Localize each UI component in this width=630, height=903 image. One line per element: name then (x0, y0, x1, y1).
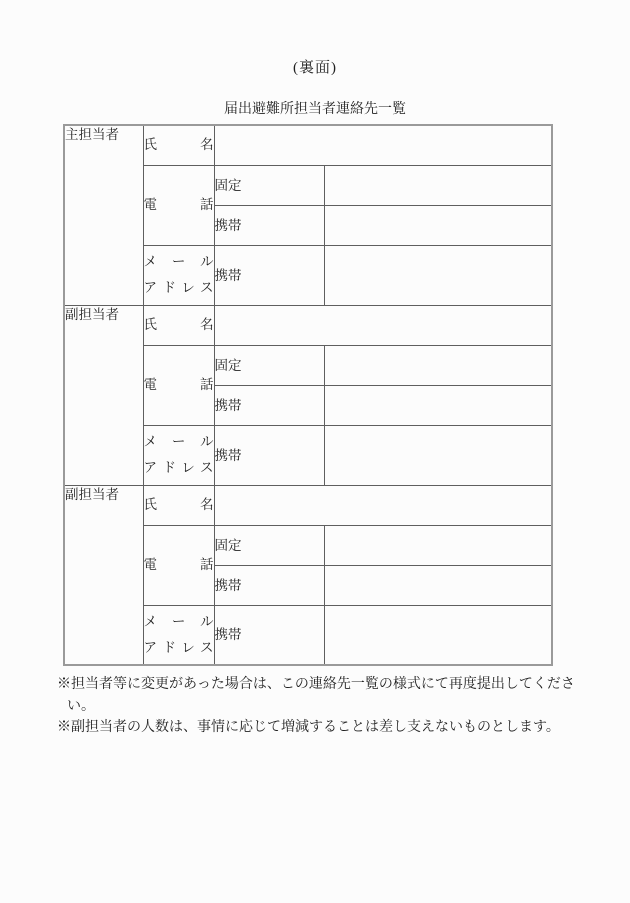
name-label-cell: 氏名 (143, 305, 214, 345)
mail-label-line1: メール (144, 429, 214, 455)
mail-mobile-label-cell: 携帯 (214, 605, 324, 665)
name-label: 氏名 (144, 316, 214, 334)
mobile-label-cell: 携帯 (214, 205, 324, 245)
mobile-label-cell: 携帯 (214, 565, 324, 605)
fixed-label: 固定 (215, 358, 242, 373)
footnotes: ※担当者等に変更があった場合は、この連絡先一覧の様式にて再度提出してくださ い。… (57, 674, 602, 739)
mobile-label-cell: 携帯 (214, 385, 324, 425)
mail-mobile-label: 携帯 (215, 627, 242, 642)
fixed-label: 固定 (215, 538, 242, 553)
name-value-cell (214, 305, 552, 345)
mail-label-line1: メール (144, 249, 214, 275)
mail-mobile-value-cell (324, 605, 552, 665)
mail-mobile-value-cell (324, 245, 552, 305)
mail-mobile-label: 携帯 (215, 448, 242, 463)
form-title: 届出避難所担当者連絡先一覧 (0, 101, 630, 118)
phone-label: 電話 (144, 376, 214, 394)
role-cell-deputy-2: 副担当者 (64, 485, 143, 665)
mail-mobile-value-cell (324, 425, 552, 485)
role-cell-primary: 主担当者 (64, 125, 143, 305)
mail-mobile-label-cell: 携帯 (214, 425, 324, 485)
phone-label-cell: 電話 (143, 165, 214, 245)
table-row: 副担当者 氏名 (64, 485, 552, 525)
role-label: 副担当者 (65, 487, 119, 502)
fixed-value-cell (324, 525, 552, 565)
name-value-cell (214, 485, 552, 525)
mail-mobile-label: 携帯 (215, 268, 242, 283)
fixed-label-cell: 固定 (214, 165, 324, 205)
role-cell-deputy-1: 副担当者 (64, 305, 143, 485)
table-row: 副担当者 氏名 (64, 305, 552, 345)
mobile-value-cell (324, 205, 552, 245)
contacts-table: 主担当者 氏名 電話 固定 (63, 124, 553, 666)
contacts-table-container: 主担当者 氏名 電話 固定 (63, 124, 553, 666)
fixed-label-cell: 固定 (214, 345, 324, 385)
fixed-value-cell (324, 345, 552, 385)
mail-label-cell: メール アドレス (143, 425, 214, 485)
mail-label-line2: アドレス (144, 275, 214, 301)
name-label: 氏名 (144, 136, 214, 154)
mail-mobile-label-cell: 携帯 (214, 245, 324, 305)
mobile-value-cell (324, 385, 552, 425)
note-line-continuation: い。 (57, 696, 602, 718)
name-label-cell: 氏名 (143, 485, 214, 525)
name-value-cell (214, 125, 552, 165)
mail-label-line2: アドレス (144, 455, 214, 481)
role-label: 主担当者 (65, 127, 119, 142)
mail-label-cell: メール アドレス (143, 245, 214, 305)
mail-label-line1: メール (144, 609, 214, 635)
fixed-value-cell (324, 165, 552, 205)
note-line: ※担当者等に変更があった場合は、この連絡先一覧の様式にて再度提出してくださ (57, 674, 602, 696)
phone-label: 電話 (144, 556, 214, 574)
phone-label-cell: 電話 (143, 345, 214, 425)
note-line: ※副担当者の人数は、事情に応じて増減することは差し支えないものとします。 (57, 717, 602, 739)
mobile-value-cell (324, 565, 552, 605)
mail-label-cell: メール アドレス (143, 605, 214, 665)
mobile-label: 携帯 (215, 218, 242, 233)
fixed-label: 固定 (215, 178, 242, 193)
table-row: 主担当者 氏名 (64, 125, 552, 165)
name-label-cell: 氏名 (143, 125, 214, 165)
name-label: 氏名 (144, 496, 214, 514)
mobile-label: 携帯 (215, 578, 242, 593)
role-label: 副担当者 (65, 307, 119, 322)
mobile-label: 携帯 (215, 398, 242, 413)
fixed-label-cell: 固定 (214, 525, 324, 565)
phone-label-cell: 電話 (143, 525, 214, 605)
document-page: (裏面) 届出避難所担当者連絡先一覧 主担当者 氏名 (0, 0, 630, 903)
phone-label: 電話 (144, 196, 214, 214)
back-side-label: (裏面) (0, 58, 630, 78)
mail-label-line2: アドレス (144, 635, 214, 661)
